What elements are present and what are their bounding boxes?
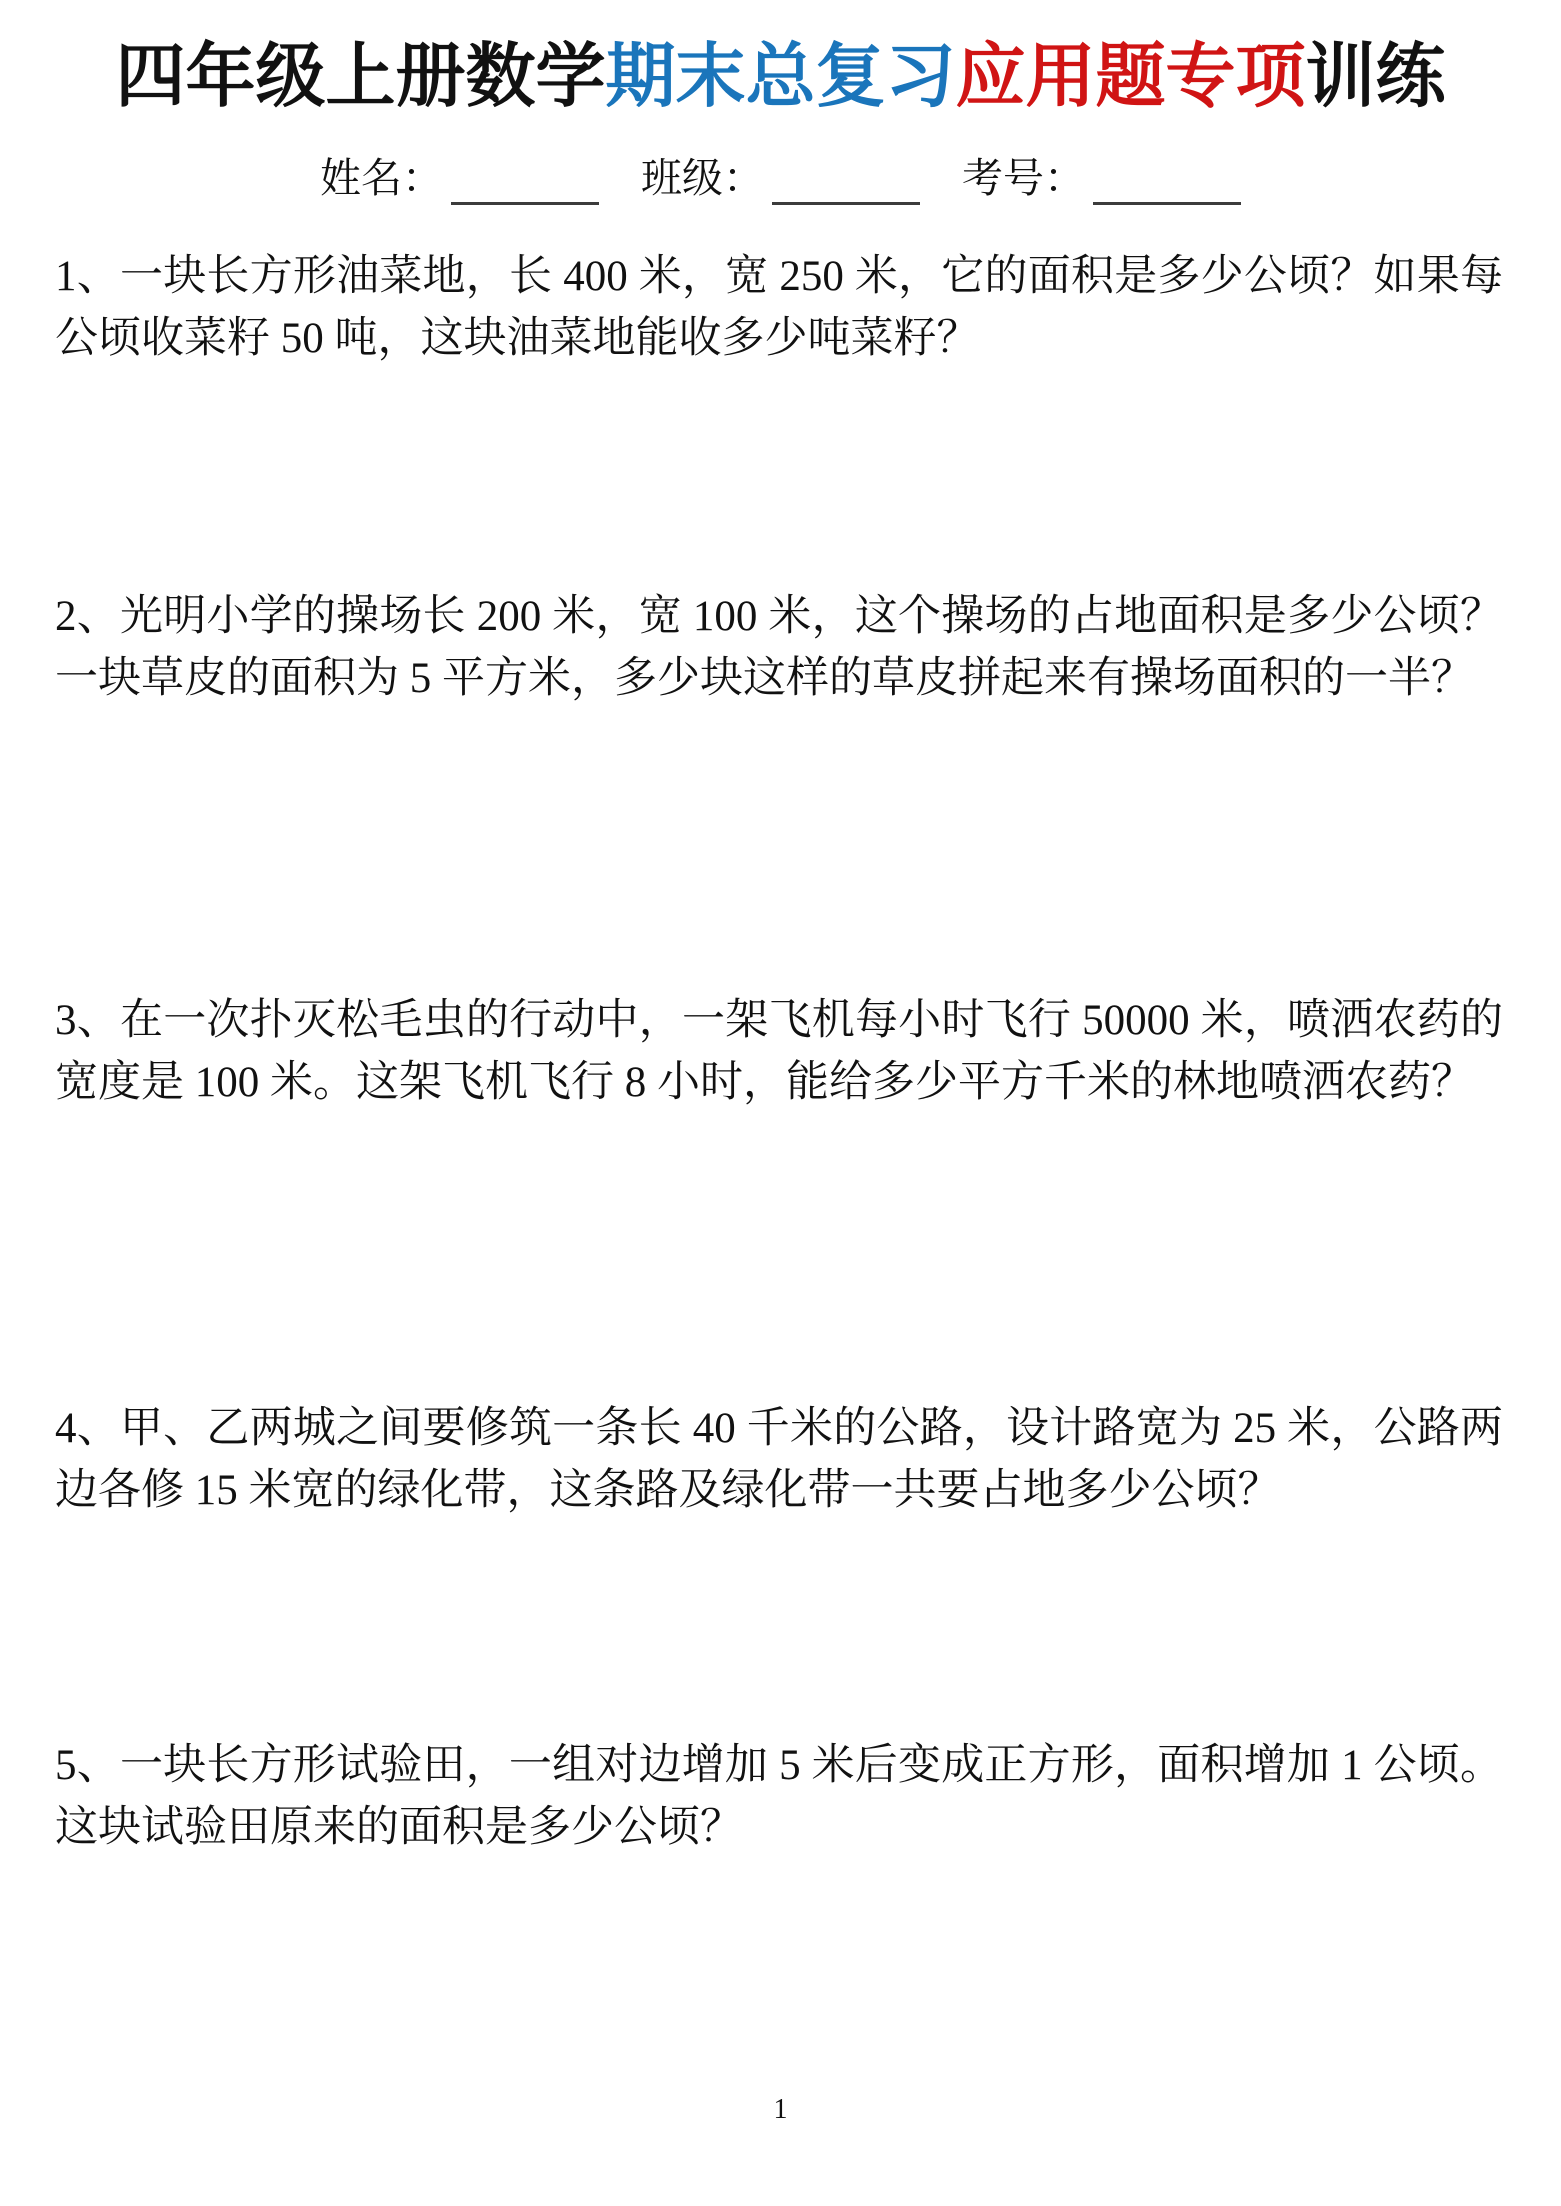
class-field: 班级：	[641, 152, 920, 205]
name-field: 姓名：	[320, 152, 599, 205]
title-part-review: 期末总复习	[606, 37, 956, 115]
problem-4-text: 甲、乙两城之间要修筑一条长 40 千米的公路，设计路宽为 25 米，公路两边各修…	[55, 1405, 1503, 1514]
class-field-label: 班级：	[641, 152, 764, 205]
exam-number-field: 考号：	[962, 152, 1241, 205]
problem-3: 3、在一次扑灭松毛虫的行动中，一架飞机每小时飞行 50000 米，喷洒农药的宽度…	[55, 990, 1503, 1114]
worksheet-page: 四年级上册数学期末总复习应用题专项训练 姓名： 班级： 考号： 1、一块长方形油…	[0, 0, 1561, 2206]
page-number: 1	[0, 2094, 1561, 2126]
problem-2-text: 光明小学的操场长 200 米，宽 100 米，这个操场的占地面积是多少公顷？一块…	[55, 593, 1503, 702]
problem-1-number: 1、	[55, 253, 120, 300]
title-part-course: 四年级上册数学	[116, 37, 606, 115]
title-part-topic: 应用题专项	[956, 37, 1306, 115]
problem-4: 4、甲、乙两城之间要修筑一条长 40 千米的公路，设计路宽为 25 米，公路两边…	[55, 1398, 1503, 1522]
problem-1-text: 一块长方形油菜地，长 400 米，宽 250 米，它的面积是多少公顷？如果每公顷…	[55, 253, 1503, 362]
worksheet-title: 四年级上册数学期末总复习应用题专项训练	[0, 38, 1561, 115]
name-field-label: 姓名：	[320, 152, 443, 205]
class-blank-line	[772, 156, 920, 205]
problem-5-text: 一块长方形试验田，一组对边增加 5 米后变成正方形，面积增加 1 公顷。这块试验…	[55, 1742, 1503, 1851]
problem-2-number: 2、	[55, 593, 120, 640]
problem-3-text: 在一次扑灭松毛虫的行动中，一架飞机每小时飞行 50000 米，喷洒农药的宽度是 …	[55, 997, 1503, 1106]
exam-number-blank-line	[1093, 156, 1241, 205]
problem-5-number: 5、	[55, 1742, 120, 1789]
problem-2: 2、光明小学的操场长 200 米，宽 100 米，这个操场的占地面积是多少公顷？…	[55, 586, 1503, 710]
problem-3-number: 3、	[55, 997, 120, 1044]
problem-1: 1、一块长方形油菜地，长 400 米，宽 250 米，它的面积是多少公顷？如果每…	[55, 246, 1503, 370]
name-blank-line	[451, 156, 599, 205]
problem-5: 5、一块长方形试验田，一组对边增加 5 米后变成正方形，面积增加 1 公顷。这块…	[55, 1735, 1503, 1859]
exam-number-field-label: 考号：	[962, 152, 1085, 205]
title-part-training: 训练	[1306, 37, 1446, 115]
student-info-line: 姓名： 班级： 考号：	[0, 152, 1561, 205]
problem-4-number: 4、	[55, 1405, 120, 1452]
